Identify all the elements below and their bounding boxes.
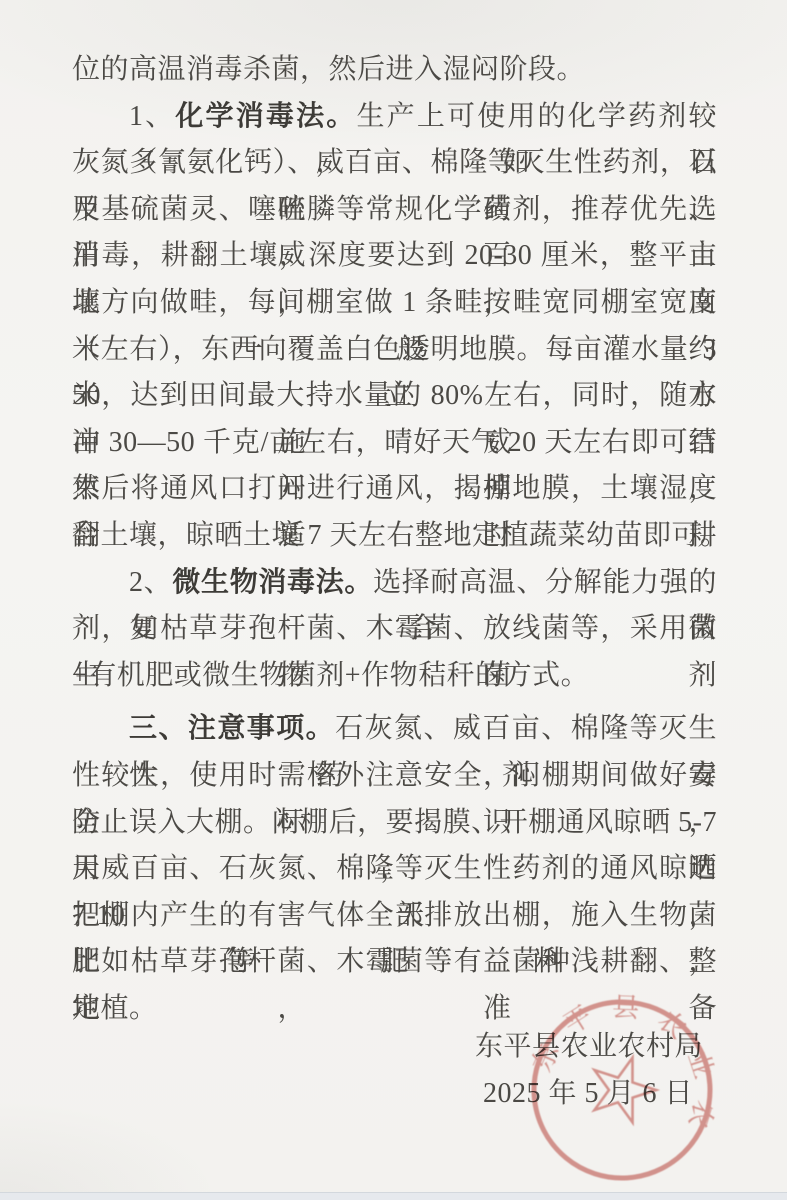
text-line: 剂，如枯草芽孢杆菌、木霉菌、放线菌等，采用微生物菌剂	[72, 606, 717, 653]
text-line: 用威百亩、石灰氮、棉隆等灭生性药剂的通风晾晒 7-10 天，	[72, 846, 717, 893]
text-line: 灰氮（氰氨化钙）、威百亩、棉隆等灭生性药剂，以及硫磺、	[72, 140, 717, 187]
signature-block: 东平县农业农村局 2025 年 5 月 6 日	[72, 1024, 717, 1117]
text-line: 然后将通风口打开进行通风，揭掉地膜，土壤湿度合适时耕	[72, 466, 717, 513]
text-line: 北方向做畦，每间棚室做 1 条畦，畦宽同棚室宽度（一般 3	[72, 280, 717, 327]
scan-edge-strip	[0, 1192, 787, 1200]
document-text: 位的高温消毒杀菌，然后进入湿闷阶段。1、化学消毒法。生产上可使用的化学药剂较多，…	[72, 47, 717, 1032]
text-line: 比如枯草芽孢杆菌、木霉菌等有益菌种浅耕翻、整地，准备	[72, 939, 717, 986]
page-background: 位的高温消毒杀菌，然后进入湿闷阶段。1、化学消毒法。生产上可使用的化学药剂较多，…	[0, 0, 787, 1200]
text-line: 防止误入大棚。闷棚后，要揭膜、开棚通风晾晒 5-7 天，选	[72, 800, 717, 847]
text-line: 米，达到田间最大持水量的 80%左右，同时，随水冲施威百	[72, 373, 717, 420]
text-line: 翻土壤，晾晒土壤 7 天左右整地定植蔬菜幼苗即可。	[72, 513, 717, 560]
document-body: 位的高温消毒杀菌，然后进入湿闷阶段。1、化学消毒法。生产上可使用的化学药剂较多，…	[72, 47, 717, 1118]
text-line: 消毒，耕翻土壤，深度要达到 20-30 厘米，整平土壤，按南	[72, 233, 717, 280]
text-line: 把棚内产生的有害气体全部排放出棚，施入生物菌肥等肥料，	[72, 893, 717, 940]
text-line: 亩 30—50 千克/亩左右，晴好天气 20 天左右即可结束闷棚，	[72, 420, 717, 467]
text-line: 1、化学消毒法。生产上可使用的化学药剂较多，如石	[72, 94, 717, 141]
text-line: 2、微生物消毒法。选择耐高温、分解能力强的复合菌	[72, 560, 717, 607]
text-line: 三、注意事项。石灰氮、威百亩、棉隆等灭生性药剂毒	[72, 706, 717, 753]
text-line: 位的高温消毒杀菌，然后进入湿闷阶段。	[72, 47, 717, 94]
text-line: 米左右），东西向覆盖白色透明地膜。每亩灌水量约 50 立方	[72, 327, 717, 374]
signature-date: 2025 年 5 月 6 日	[72, 1071, 717, 1118]
text-line: 甲基硫菌灵、噻唑膦等常规化学药剂，推荐优先选用威百亩	[72, 187, 717, 234]
text-line: 性较大，使用时需格外注意安全，闷棚期间做好安全标识，	[72, 753, 717, 800]
